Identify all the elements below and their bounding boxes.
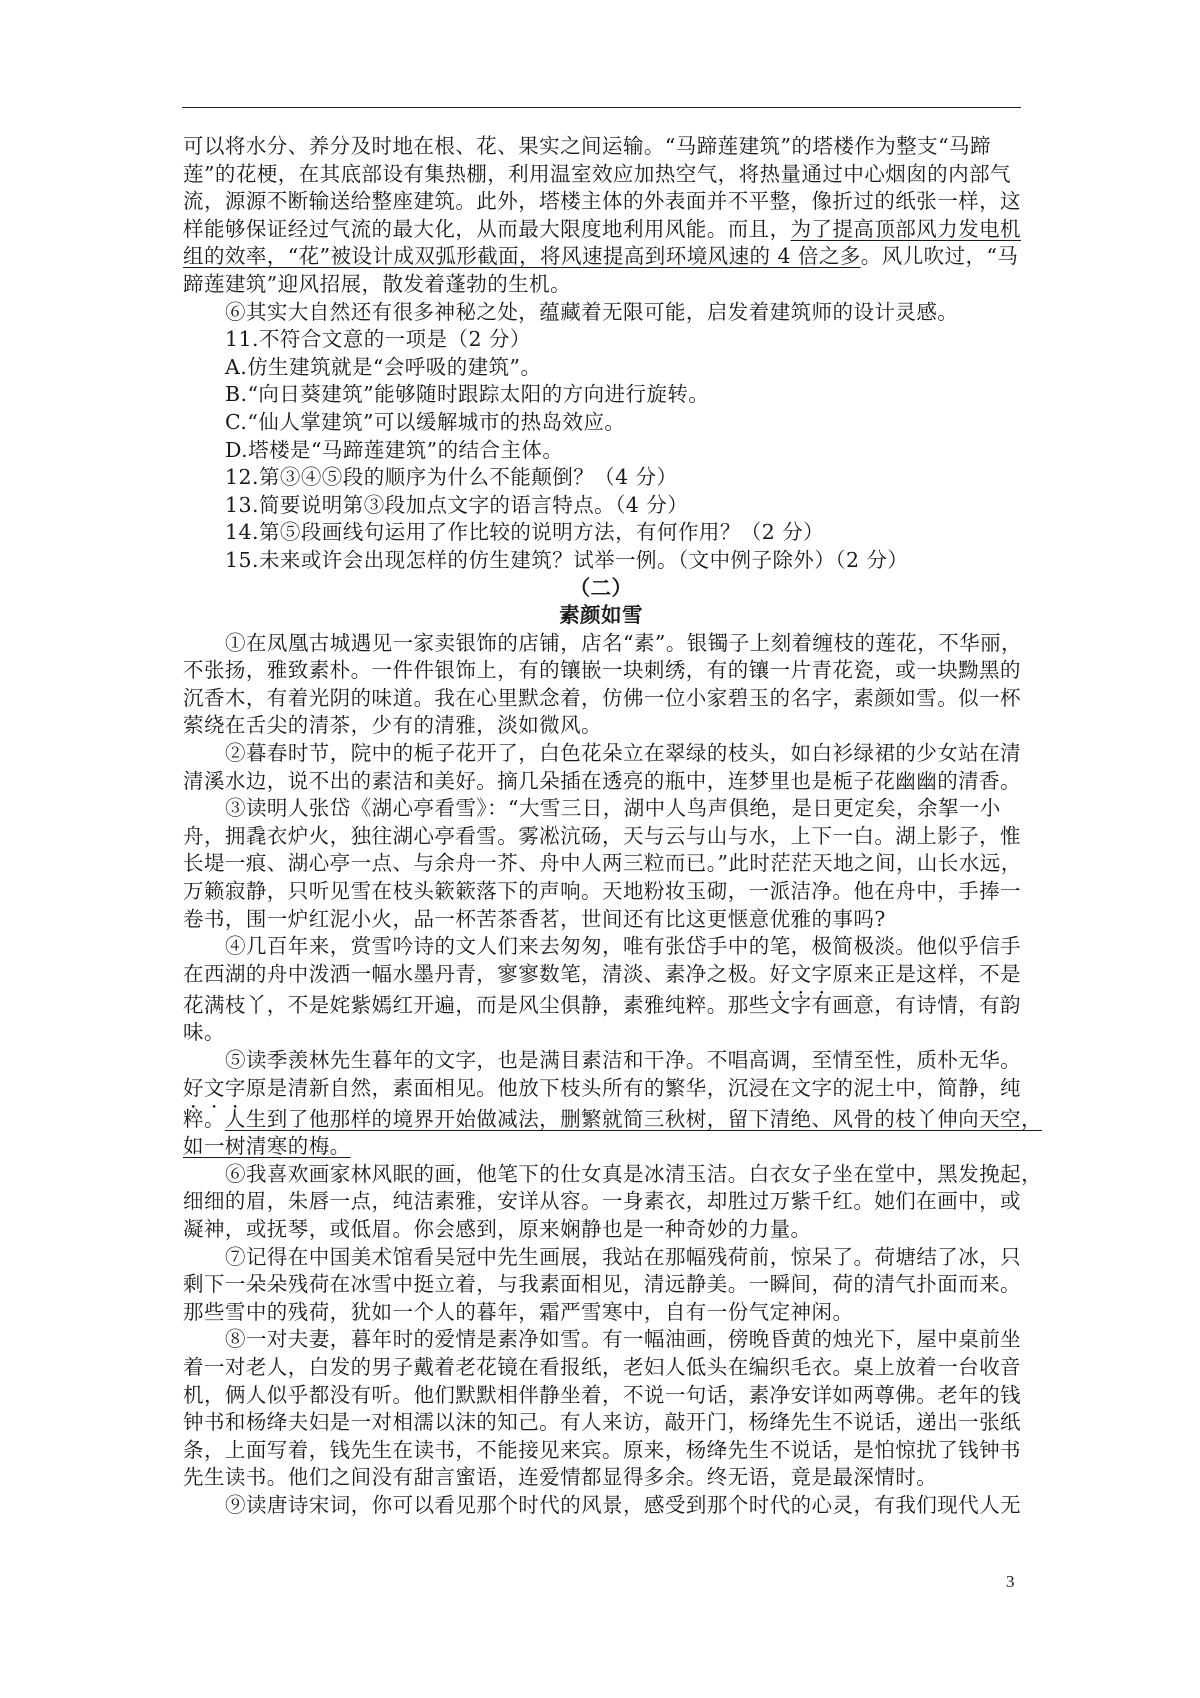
underlined-sentence: 人生到了他那样的境界开始做减法，删繁就简三秋树，留下清绝、风骨的枝丫伸向天空，	[225, 1107, 1042, 1131]
text-line: 舟，拥毳衣炉火，独往湖心亭看雪。雾凇沆砀，天与云与山与水，上下一白。湖上影子，惟	[183, 823, 1019, 851]
text-line: ⑥我喜欢画家林风眠的画，他笔下的仕女真是冰清玉洁。白衣女子坐在堂中，黑发挽起，	[183, 1161, 1019, 1189]
option-b: B.“向日葵建筑”能够随时跟踪太阳的方向进行旋转。	[183, 381, 1019, 409]
passage-title: 素颜如雪	[183, 602, 1019, 630]
question-12: 12.第③④⑤段的顺序为什么不能颠倒？（4 分）	[183, 464, 1019, 492]
emphasis-char: 好	[770, 962, 791, 986]
text-line: ④几百年来，赏雪吟诗的文人们来去匆匆，唯有张岱手中的笔，极简极淡。他似乎信手	[183, 933, 1019, 961]
text-line: 那些雪中的残荷，犹如一个人的暮年，霜严雪寒中，自有一份气定神闲。	[183, 1299, 1019, 1327]
text-span: 原是清新自然，素面相见。他放下枝头所有的繁华，沉浸在文字的泥土中，简静，纯	[246, 1076, 1021, 1100]
text-line: 花满枝丫，不是姹紫嫣红开遍，而是风尘俱静，素雅纯粹。那些文字有画意，有诗情，有韵	[183, 992, 1019, 1020]
text-line: 清溪水边，说不出的素洁和美好。摘几朵插在透亮的瓶中，连梦里也是栀子花幽幽的清香。	[183, 768, 1019, 796]
text-line: 好文字原是清新自然，素面相见。他放下枝头所有的繁华，沉浸在文字的泥土中，简静，纯	[183, 1075, 1019, 1106]
text-line: 凝神，或抚琴，或低眉。你会感到，原来娴静也是一种奇妙的力量。	[183, 1216, 1019, 1244]
text-line: 可以将水分、养分及时地在根、花、果实之间运输。“马蹄莲建筑”的塔楼作为整支“马蹄	[183, 133, 1019, 161]
text-line: ⑤读季羡林先生暮年的文字，也是满目素洁和干净。不唱高调，至情至性，质朴无华。	[183, 1047, 1019, 1075]
underlined-sentence: 组的效率，“花”被设计成双弧形截面，将风速提高到环境风速的 4 倍之多	[183, 244, 861, 268]
section-label: （二）	[183, 575, 1019, 603]
text-line: 长堤一痕、湖心亭一点、与余舟一芥、舟中人两三粒而已。”此时茫茫天地之间，山长水远…	[183, 850, 1019, 878]
emphasis-char: 文	[791, 962, 812, 986]
paragraph-6: ⑥其实大自然还有很多神秘之处，蕴藏着无限可能，启发着建筑师的设计灵感。	[183, 299, 1019, 327]
underlined-sentence: 如一树清寒的梅。	[183, 1134, 351, 1158]
text-line: 卷书，围一炉红泥小火，品一杯苦茶香茗，世间还有比这更惬意优雅的事吗?	[183, 906, 1019, 934]
text-line: 剩下一朵朵残荷在冰雪中挺立着，与我素面相见，清远静美。一瞬间，荷的清气扑面而来。	[183, 1271, 1019, 1299]
text-line: 流，源源不断输送给整座建筑。此外，塔楼主体的外表面并不平整，像折过的纸张一样，这	[183, 188, 1019, 216]
text-line: 钟书和杨绛夫妇是一对相濡以沫的知己。有人来访，敲开门，杨绛先生不说话，递出一张纸	[183, 1409, 1019, 1437]
header-rule	[182, 107, 1021, 108]
text-line: 细细的眉，朱唇一点，纯洁素雅，安详从容。一身素衣，却胜过万紫千红。她们在画中，或	[183, 1188, 1019, 1216]
option-a: A.仿生建筑就是“会呼吸的建筑”。	[183, 354, 1019, 382]
text-line: 机，俩人似乎都没有听。他们默默相伴静坐着，不说一句话，素净安详如两尊佛。老年的钱	[183, 1382, 1019, 1410]
text-line: 先生读书。他们之间没有甜言蜜语，连爱情都显得多余。终无语，竟是最深情时。	[183, 1464, 1019, 1492]
emphasis-char: 好	[183, 1076, 204, 1100]
underlined-sentence: 为了提高顶部风力发电机	[791, 217, 1021, 241]
text-line: 样能够保证经过气流的最大化，从而最大限度地利用风能。而且，为了提高顶部风力发电机	[183, 216, 1019, 244]
document-page: 可以将水分、养分及时地在根、花、果实之间运输。“马蹄莲建筑”的塔楼作为整支“马蹄…	[183, 133, 1019, 1520]
text-line: 着一对老人，白发的男子戴着老花镜在看报纸，老妇人低头在编织毛衣。桌上放着一台收音	[183, 1354, 1019, 1382]
emphasis-char: 字	[812, 962, 833, 986]
text-line: ②暮春时节，院中的栀子花开了，白色花朵立在翠绿的枝头，如白衫绿裙的少女站在清	[183, 740, 1019, 768]
text-line: 味。	[183, 1019, 1019, 1047]
text-span: 。风儿吹过，“马	[861, 244, 1019, 268]
page-number: 3	[1006, 1572, 1015, 1592]
text-span: 样能够保证经过气流的最大化，从而最大限度地利用风能。而且，	[183, 217, 791, 241]
text-line: 沉香木，有着光阴的味道。我在心里默念着，仿佛一位小家碧玉的名字，素颜如雪。似一杯	[183, 685, 1019, 713]
option-d: D.塔楼是“马蹄莲建筑”的结合主体。	[183, 437, 1019, 465]
question-11: 11.不符合文意的一项是（2 分）	[183, 326, 1019, 354]
text-span: 在西湖的舟中泼洒一幅水墨丹青，寥寥数笔，清淡、素净之极。	[183, 962, 770, 986]
text-line: 蹄莲建筑”迎风招展，散发着蓬勃的生机。	[183, 271, 1019, 299]
text-line: ③读明人张岱《湖心亭看雪》：“大雪三日，湖中人鸟声俱绝，是日更定矣，余挐一小	[183, 795, 1019, 823]
option-c: C.“仙人掌建筑”可以缓解城市的热岛效应。	[183, 409, 1019, 437]
question-15: 15.未来或许会出现怎样的仿生建筑？试举一例。（文中例子除外）（2 分）	[183, 547, 1019, 575]
question-13: 13.简要说明第③段加点文字的语言特点。（4 分）	[183, 492, 1019, 520]
text-line: 组的效率，“花”被设计成双弧形截面，将风速提高到环境风速的 4 倍之多。风儿吹过…	[183, 243, 1019, 271]
text-line: ⑨读唐诗宋词，你可以看见那个时代的风景，感受到那个时代的心灵，有我们现代人无	[183, 1492, 1019, 1520]
text-line: ⑦记得在中国美术馆看吴冠中先生画展，我站在那幅残荷前，惊呆了。荷塘结了冰，只	[183, 1244, 1019, 1272]
text-line: 在西湖的舟中泼洒一幅水墨丹青，寥寥数笔，清淡、素净之极。好文字原来正是这样，不是	[183, 961, 1019, 992]
text-span: 原来正是这样，不是	[832, 962, 1021, 986]
text-line: 如一树清寒的梅。	[183, 1133, 1019, 1161]
text-line: 萦绕在舌尖的清茶，少有的清雅，淡如微风。	[183, 712, 1019, 740]
emphasis-char: 文	[204, 1076, 225, 1100]
text-line: 万籁寂静，只听见雪在枝头簌簌落下的声响。天地粉妆玉砌，一派洁净。他在舟中，手捧一	[183, 878, 1019, 906]
emphasis-char: 字	[225, 1076, 246, 1100]
text-line: 莲”的花梗，在其底部设有集热棚，利用温室效应加热空气，将热量通过中心烟囱的内部气	[183, 161, 1019, 189]
text-line: 粹。人生到了他那样的境界开始做减法，删繁就简三秋树，留下清绝、风骨的枝丫伸向天空…	[183, 1106, 1019, 1134]
text-span: 粹。	[183, 1107, 225, 1131]
text-line: 条，上面写着，钱先生在读书，不能接见来宾。原来，杨绛先生不说话，是怕惊扰了钱钟书	[183, 1437, 1019, 1465]
text-line: ①在凤凰古城遇见一家卖银饰的店铺，店名“素”。银镯子上刻着缠枝的莲花，不华丽，	[183, 630, 1019, 658]
text-line: ⑧一对夫妻，暮年时的爱情是素净如雪。有一幅油画，傍晚昏黄的烛光下，屋中桌前坐	[183, 1326, 1019, 1354]
question-14: 14.第⑤段画线句运用了作比较的说明方法，有何作用？（2 分）	[183, 519, 1019, 547]
text-line: 不张扬，雅致素朴。一件件银饰上，有的镶嵌一块刺绣，有的镶一片青花瓷，或一块黝黑的	[183, 657, 1019, 685]
